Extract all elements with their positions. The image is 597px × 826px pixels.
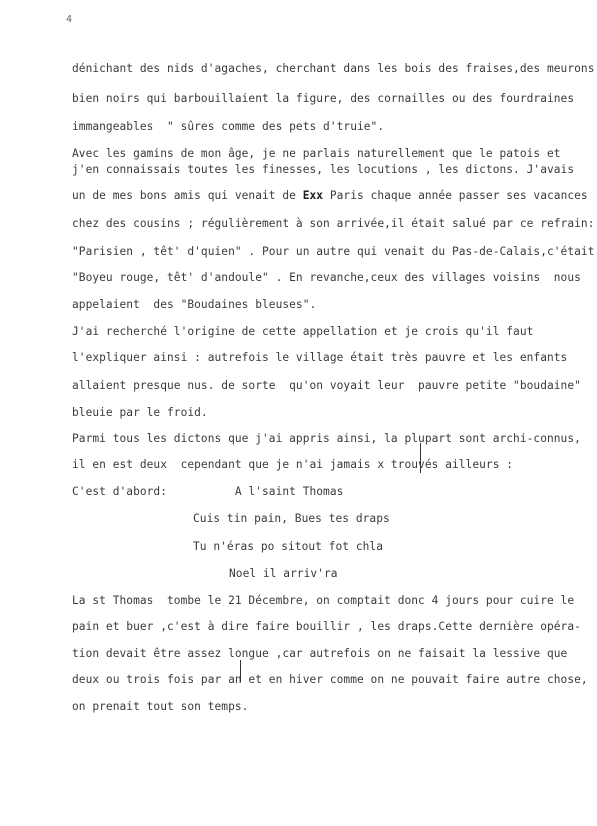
verse-line: Cuis tin pain, Bues tes draps bbox=[193, 512, 390, 526]
text-line: pain et buer ,c'est à dire faire bouilli… bbox=[72, 620, 581, 634]
text-line: il en est deux cependant que je n'ai jam… bbox=[72, 458, 513, 472]
text-line: bien noirs qui barbouillaient la figure,… bbox=[72, 92, 574, 106]
text-line: chez des cousins ; régulièrement à son a… bbox=[72, 217, 594, 231]
text-line: "Parisien , têt' d'quien" . Pour un autr… bbox=[72, 245, 594, 259]
text-line: un de mes bons amis qui venait de Exx Pa… bbox=[72, 189, 588, 203]
text-segment: un de mes bons amis qui venait de bbox=[72, 189, 303, 202]
text-line: on prenait tout son temps. bbox=[72, 700, 248, 714]
text-line: immangeables " sûres comme des pets d'tr… bbox=[72, 120, 384, 134]
text-line: l'expliquer ainsi : autrefois le village… bbox=[72, 351, 567, 365]
page-number: 4 bbox=[66, 14, 72, 25]
text-line: J'ai recherché l'origine de cette appell… bbox=[72, 325, 533, 339]
text-segment: Paris chaque année passer ses vacances bbox=[323, 189, 588, 202]
text-line: La st Thomas tombe le 21 Décembre, on co… bbox=[72, 594, 574, 608]
text-line: appelaient des "Boudaines bleuses". bbox=[72, 298, 316, 312]
text-line: allaient presque nus. de sorte qu'on voy… bbox=[72, 379, 581, 393]
text-line: Avec les gamins de mon âge, je ne parlai… bbox=[72, 147, 561, 161]
text-line: deux ou trois fois par an et en hiver co… bbox=[72, 673, 588, 687]
text-line: dénichant des nids d'agaches, cherchant … bbox=[72, 62, 594, 76]
handwritten-insertion-mark bbox=[240, 660, 241, 682]
text-line: "Boyeu rouge, têt' d'andoule" . En revan… bbox=[72, 271, 581, 285]
verse-line: Tu n'éras po sitout fot chla bbox=[193, 540, 383, 554]
text-line: bleuie par le froid. bbox=[72, 406, 208, 420]
text-line: Parmi tous les dictons que j'ai appris a… bbox=[72, 432, 581, 446]
text-line: j'en connaissais toutes les finesses, le… bbox=[72, 163, 574, 177]
text-line: tion devait être assez longue ,car autre… bbox=[72, 647, 567, 661]
text-line: C'est d'abord: A l'saint Thomas bbox=[72, 485, 343, 499]
struck-out-text: Exx bbox=[303, 189, 323, 202]
verse-line: Noel il arriv'ra bbox=[229, 567, 338, 581]
handwritten-insertion-mark bbox=[420, 443, 421, 473]
